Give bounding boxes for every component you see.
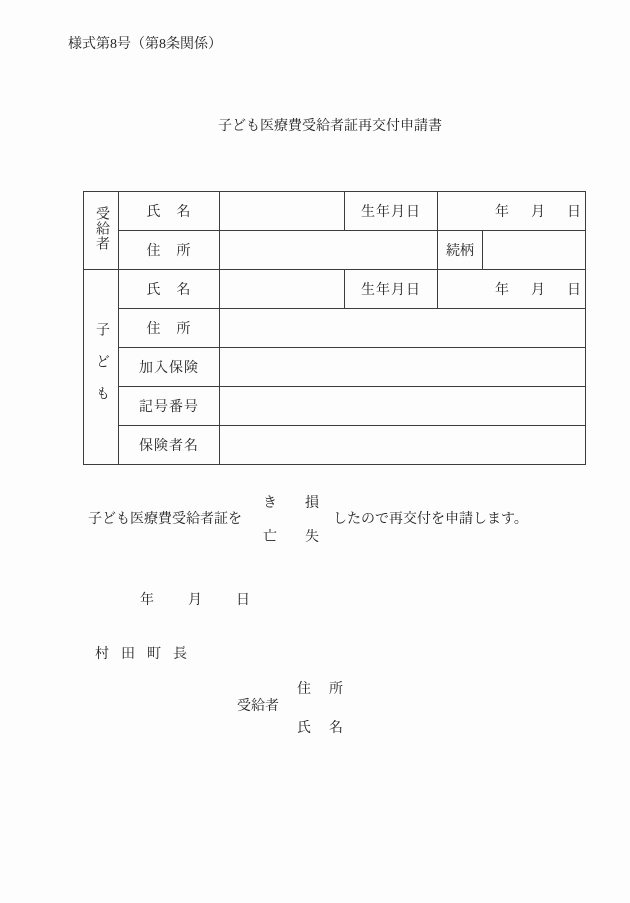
insurance-value-cell — [220, 348, 586, 387]
form-number: 様式第8号（第8条関係） — [68, 37, 222, 52]
recipient-birthdate-label: 生年月日 — [345, 192, 438, 231]
insurance-row: 加入保険 — [84, 348, 586, 387]
recipient-name-label: 氏 名 — [119, 192, 220, 231]
recipient-address-value-cell — [220, 231, 438, 270]
child-birthdate-label: 生年月日 — [345, 270, 438, 309]
page-title: 子ども医療費受給者証再交付申請書 — [218, 119, 442, 134]
addressee-mayor: 村 田 町 長 — [95, 647, 186, 662]
recipient-birthdate-value-cell: 年 月 日 — [438, 192, 586, 231]
child-group-cell: 子ども — [84, 270, 119, 465]
insurer-name-value-cell — [220, 426, 586, 465]
insurer-name-row: 保険者名 — [84, 426, 586, 465]
child-birthdate-value-cell: 年 月 日 — [438, 270, 586, 309]
signer-label: 受給者 — [237, 699, 279, 714]
recipient-address-row: 住 所 続柄 — [84, 231, 586, 270]
application-form-page: 様式第8号（第8条関係） 子ども医療費受給者証再交付申請書 受給者 氏 名 生年… — [0, 0, 630, 903]
recipient-name-value-cell — [220, 192, 345, 231]
relationship-value-cell — [483, 231, 586, 270]
recipient-group-label: 受給者 — [91, 206, 111, 251]
insurer-name-label: 保険者名 — [119, 426, 220, 465]
insurance-label: 加入保険 — [119, 348, 220, 387]
application-date-line: 年 月 日 — [140, 593, 252, 608]
child-address-row: 住 所 — [84, 309, 586, 348]
symbol-number-label: 記号番号 — [119, 387, 220, 426]
recipient-group-cell: 受給者 — [84, 192, 119, 270]
child-address-value-cell — [220, 309, 586, 348]
signer-address-label: 住 所 — [297, 682, 345, 697]
reason-option-damaged: き 損 — [263, 496, 326, 511]
child-name-row: 子ども 氏 名 生年月日 年 月 日 — [84, 270, 586, 309]
symbol-number-value-cell — [220, 387, 586, 426]
symbol-number-row: 記号番号 — [84, 387, 586, 426]
application-table: 受給者 氏 名 生年月日 年 月 日 住 所 続柄 子ども 氏 名 生年月日 — [83, 191, 586, 465]
reason-option-lost: 亡 失 — [263, 530, 326, 545]
signer-name-label: 氏 名 — [297, 721, 345, 736]
statement-prefix: 子ども医療費受給者証を — [88, 512, 242, 527]
statement-suffix: したので再交付を申請します。 — [333, 512, 528, 527]
recipient-name-row: 受給者 氏 名 生年月日 年 月 日 — [84, 192, 586, 231]
recipient-address-label: 住 所 — [119, 231, 220, 270]
child-group-label: 子ども — [91, 322, 111, 418]
relationship-label: 続柄 — [438, 231, 483, 270]
child-name-value-cell — [220, 270, 345, 309]
child-name-label: 氏 名 — [119, 270, 220, 309]
child-address-label: 住 所 — [119, 309, 220, 348]
